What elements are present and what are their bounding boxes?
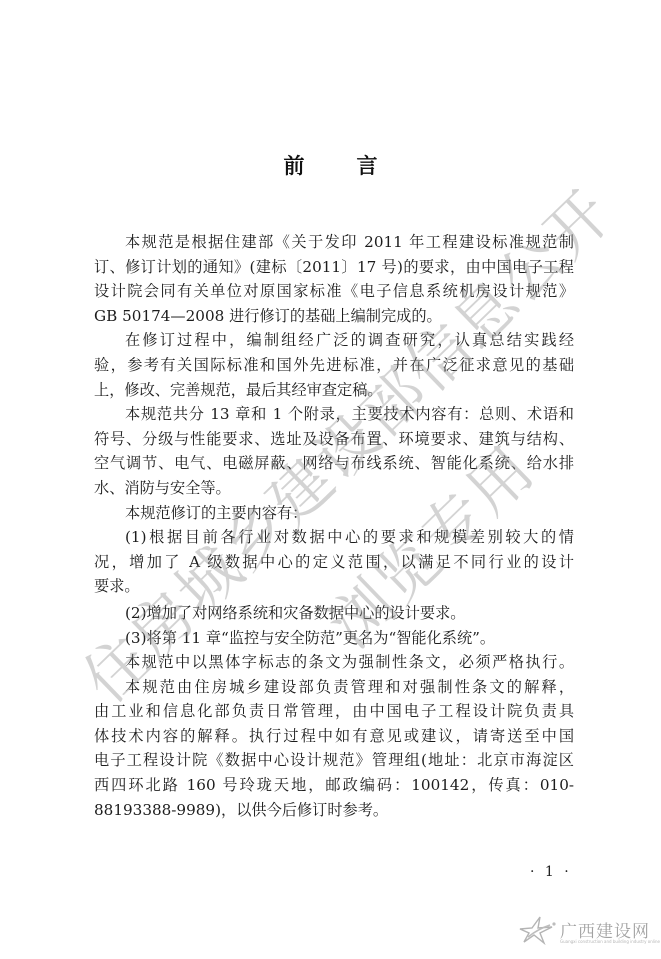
text-line: (3)将第 11 章“监控与安全防范”更名为“智能化系统”。: [94, 626, 574, 651]
title-char-1: 前: [284, 150, 305, 180]
star-logo-icon: [518, 915, 556, 945]
text-line: 在修订过程中，编制组经广泛的调查研究，认真总结实践经: [94, 328, 574, 353]
text-line: 本规范由住房城乡建设部负责管理和对强制性条文的解释，: [94, 675, 574, 700]
paragraph-2: 在修订过程中，编制组经广泛的调查研究，认真总结实践经 验，参考有关国际标准和国外…: [94, 328, 574, 402]
paragraph-6: (2)增加了对网络系统和灾备数据中心的设计要求。: [94, 601, 574, 626]
text-line: 况，增加了 A 级数据中心的定义范围，以满足不同行业的设计: [94, 550, 574, 575]
text-line: (1)根据目前各行业对数据中心的要求和规模差别较大的情: [94, 525, 574, 550]
text-line: (2)增加了对网络系统和灾备数据中心的设计要求。: [94, 601, 574, 626]
text-line: 本规范是根据住建部《关于发印 2011 年工程建设标准规范制: [94, 230, 574, 255]
text-line: 由工业和信息化部负责日常管理，由中国电子工程设计院负责具: [94, 699, 574, 724]
document-page: 前言 本规范是根据住建部《关于发印 2011 年工程建设标准规范制 订、修订计划…: [0, 0, 661, 959]
paragraph-9: 本规范由住房城乡建设部负责管理和对强制性条文的解释， 由工业和信息化部负责日常管…: [94, 675, 574, 823]
text-line: 空气调节、电气、电磁屏蔽、网络与布线系统、智能化系统、给水排: [94, 451, 574, 476]
text-line: 体技术内容的解释。执行过程中如有意见或建议，请寄送至中国: [94, 724, 574, 749]
text-line: 电子工程设计院《数据中心设计规范》管理组(地址：北京市海淀区: [94, 748, 574, 773]
text-line: 验，参考有关国际标准和国外先进标准，并在广泛征求意见的基础: [94, 353, 574, 378]
paragraph-8: 本规范中以黑体字标志的条文为强制性条文，必须严格执行。: [94, 650, 574, 675]
paragraph-1: 本规范是根据住建部《关于发印 2011 年工程建设标准规范制 订、修订计划的通知…: [94, 230, 574, 328]
text-line: 上，修改、完善规范，最后其经审查定稿。: [94, 378, 574, 403]
text-line: 88193388-9989)，以供今后修订时参考。: [94, 798, 574, 823]
text-line: 设计院会同有关单位对原国家标准《电子信息系统机房设计规范》: [94, 279, 574, 304]
text-line: 本规范修订的主要内容有：: [94, 501, 574, 526]
paragraph-5: (1)根据目前各行业对数据中心的要求和规模差别较大的情 况，增加了 A 级数据中…: [94, 525, 574, 599]
paragraph-4: 本规范修订的主要内容有：: [94, 501, 574, 526]
text-line: 本规范共分 13 章和 1 个附录，主要技术内容有：总则、术语和: [94, 402, 574, 427]
text-line: 水、消防与安全等。: [94, 476, 574, 501]
text-line: 符号、分级与性能要求、选址及设备布置、环境要求、建筑与结构、: [94, 427, 574, 452]
page-number: · 1 ·: [530, 864, 572, 880]
title-char-2: 言: [357, 150, 378, 180]
paragraph-3: 本规范共分 13 章和 1 个附录，主要技术内容有：总则、术语和 符号、分级与性…: [94, 402, 574, 500]
paragraph-7: (3)将第 11 章“监控与安全防范”更名为“智能化系统”。: [94, 626, 574, 651]
text-line: GB 50174—2008 进行修订的基础上编制完成的。: [94, 304, 574, 329]
text-line: 西四环北路 160 号玲珑天地，邮政编码：100142，传真：010-: [94, 773, 574, 798]
text-line: 要求。: [94, 574, 574, 599]
text-line: 订、修订计划的通知》(建标〔2011〕17 号)的要求，由中国电子工程: [94, 255, 574, 280]
document-body: 本规范是根据住建部《关于发印 2011 年工程建设标准规范制 订、修订计划的通知…: [94, 230, 574, 822]
logo-subtitle: Guangxi construction and building indust…: [560, 939, 660, 944]
text-line: 本规范中以黑体字标志的条文为强制性条文，必须严格执行。: [94, 650, 574, 675]
site-logo: 广西建设网 Guangxi construction and building …: [518, 913, 658, 953]
page-title: 前言: [0, 150, 661, 180]
